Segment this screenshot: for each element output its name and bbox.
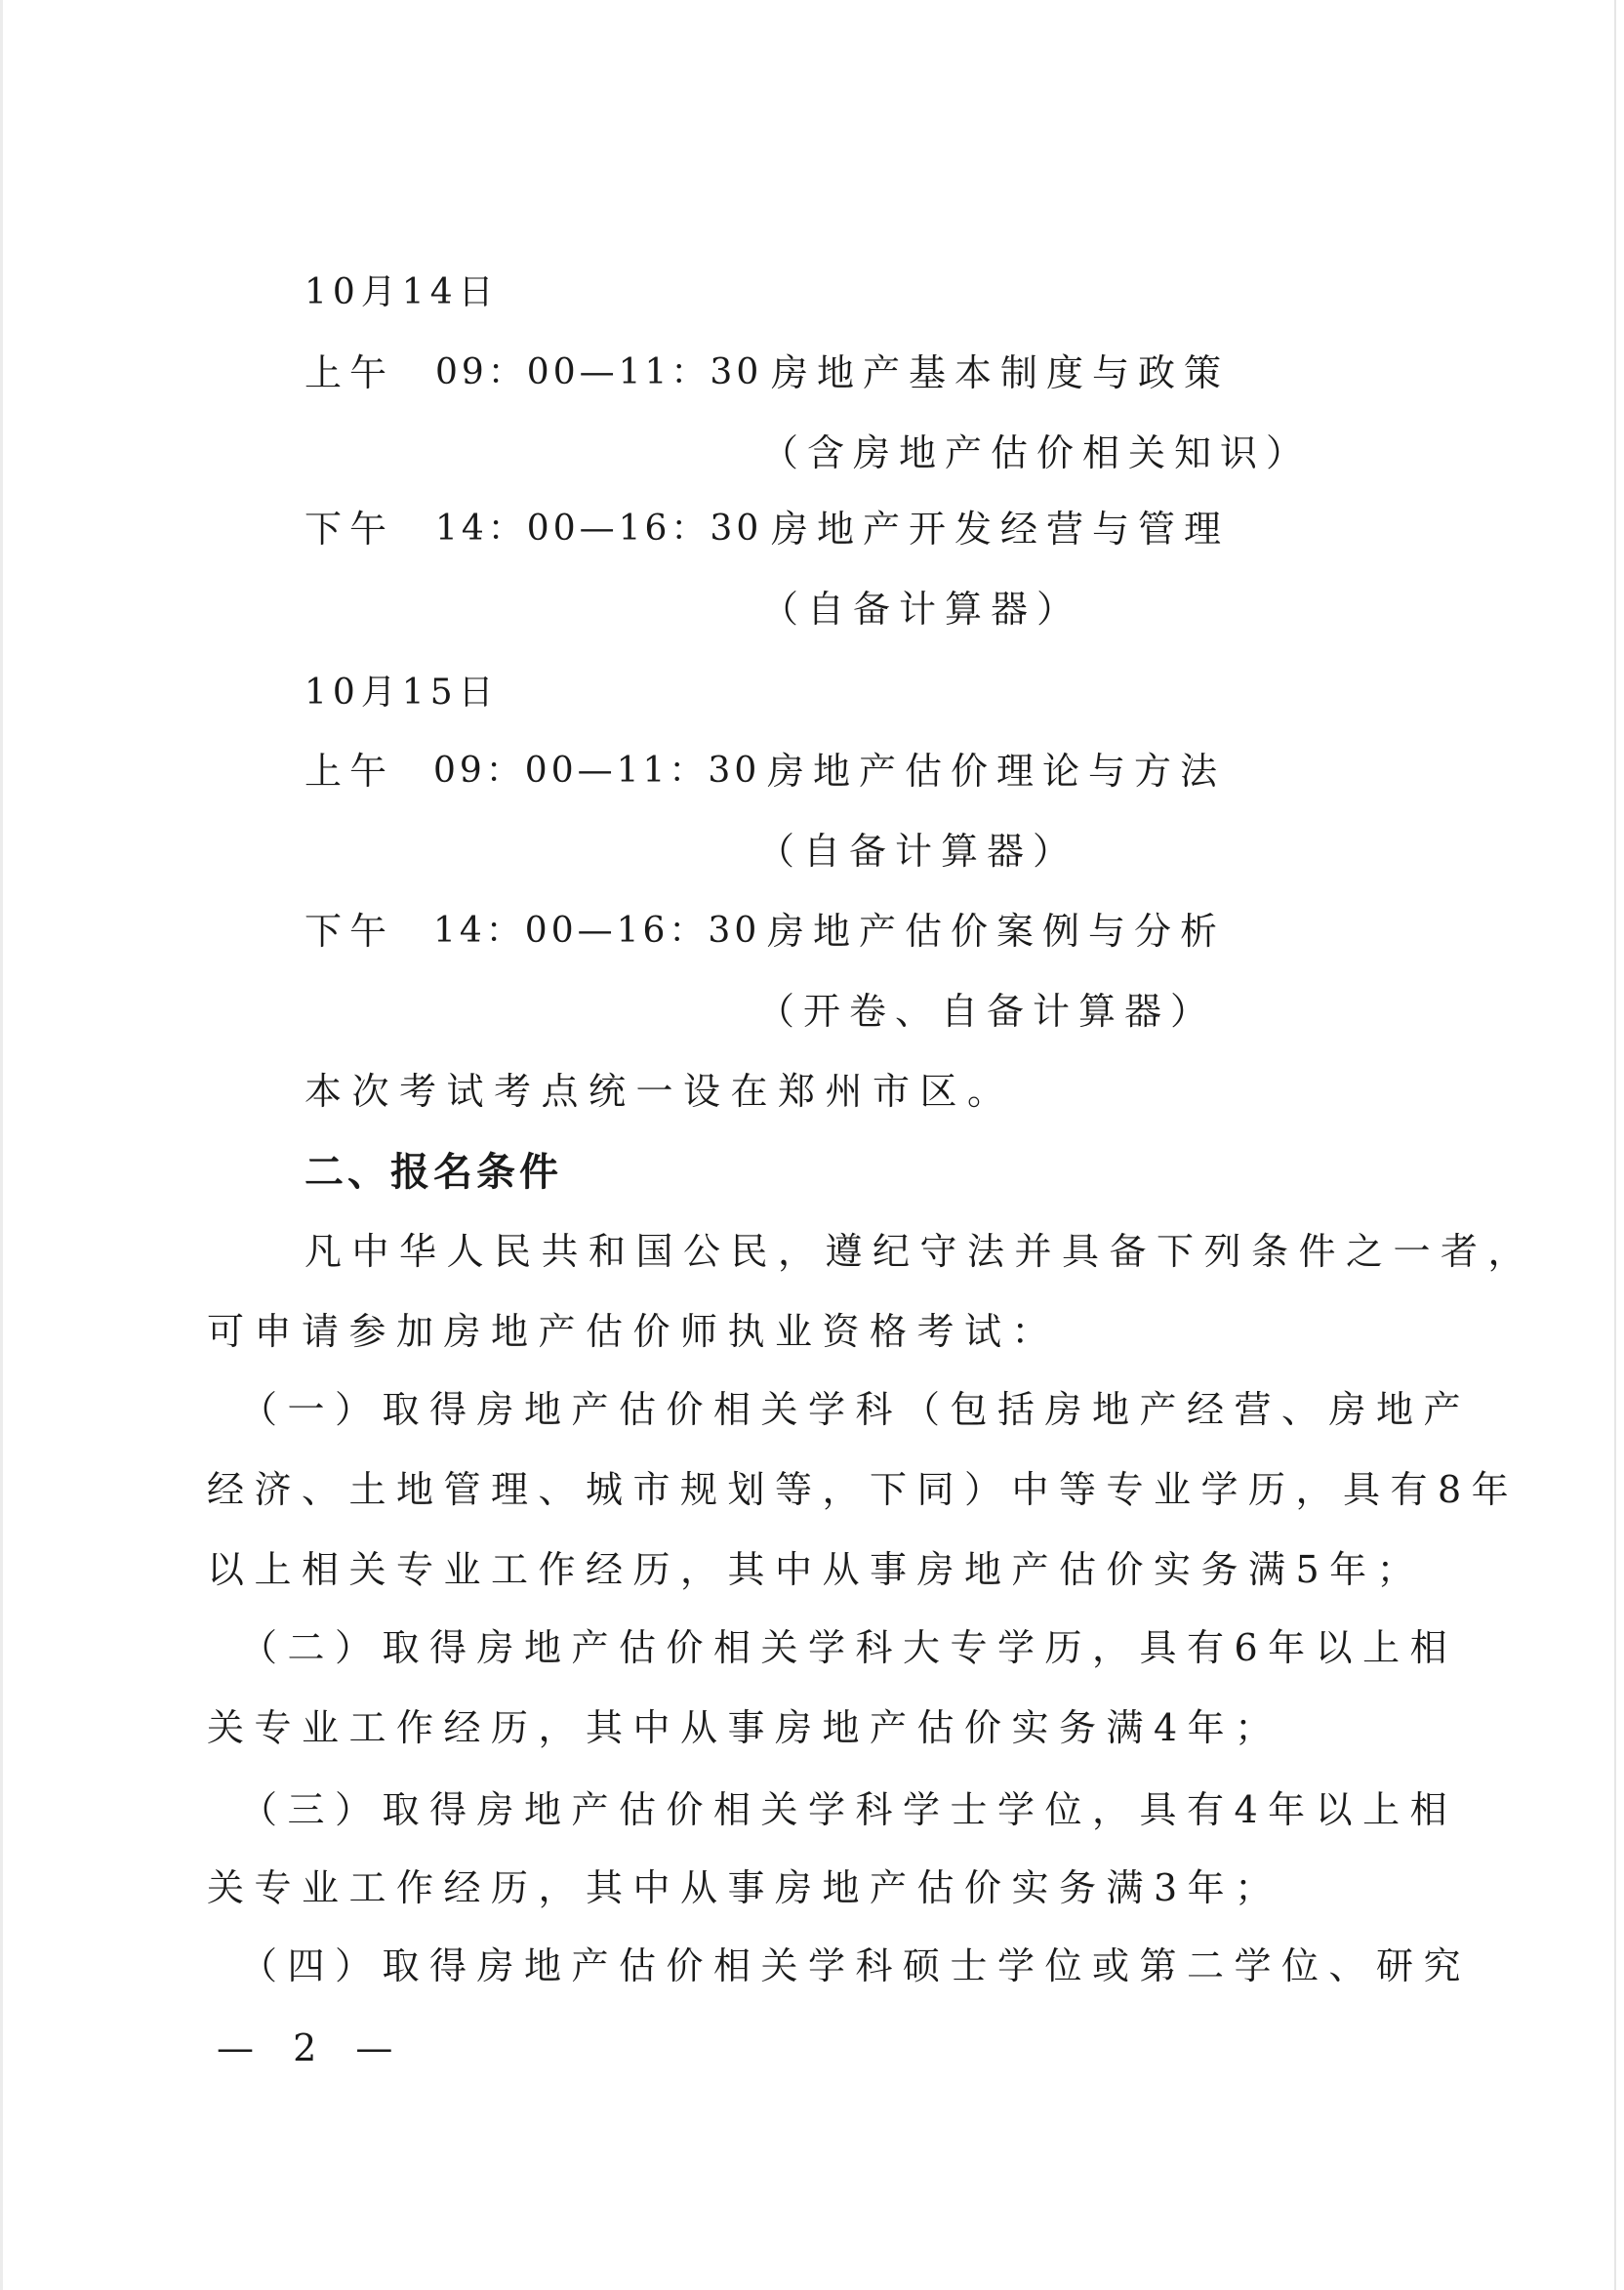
page-number: — 2 — bbox=[217, 2024, 406, 2071]
schedule-date: 10月14日 bbox=[304, 269, 500, 316]
session-subject: 房地产开发经营与管理 bbox=[771, 506, 1230, 552]
session-period: 下午 bbox=[304, 908, 394, 955]
session-subject: 房地产基本制度与政策 bbox=[771, 349, 1230, 396]
session-period: 上午 bbox=[304, 349, 394, 396]
condition-line: 关专业工作经历，其中从事房地产估价实务满4年； bbox=[207, 1704, 1282, 1751]
session-note: （自备计算器） bbox=[761, 586, 1082, 633]
condition-line: （三）取得房地产估价相关学科学士学位，具有4年以上相 bbox=[240, 1786, 1457, 1833]
condition-line: 经济、土地管理、城市规划等，下同）中等专业学历，具有8年 bbox=[207, 1466, 1519, 1513]
intro-line: 凡中华人民共和国公民，遵纪守法并具备下列条件之一者， bbox=[304, 1228, 1535, 1275]
scan-edge-right bbox=[1614, 0, 1616, 2290]
intro-line: 可申请参加房地产估价师执业资格考试： bbox=[207, 1308, 1059, 1355]
condition-line: 以上相关专业工作经历，其中从事房地产估价实务满5年； bbox=[207, 1546, 1424, 1593]
session-time: 09：00—11：30 bbox=[435, 349, 762, 396]
condition-line: （一）取得房地产估价相关学科（包括房地产经营、房地产 bbox=[240, 1386, 1471, 1433]
schedule-date: 10月15日 bbox=[304, 670, 500, 716]
session-time: 14：00—16：30 bbox=[433, 908, 760, 955]
session-period: 上午 bbox=[304, 748, 394, 795]
document-page: 10月14日 上午 09：00—11：30 房地产基本制度与政策 （含房地产估价… bbox=[0, 0, 1624, 2290]
session-subject: 房地产估价案例与分析 bbox=[767, 908, 1226, 955]
session-time: 14：00—16：30 bbox=[435, 506, 762, 552]
session-time: 09：00—11：30 bbox=[433, 748, 760, 795]
session-subject: 房地产估价理论与方法 bbox=[767, 748, 1226, 795]
condition-line: （四）取得房地产估价相关学科硕士学位或第二学位、研究 bbox=[240, 1942, 1471, 1989]
scan-edge-left bbox=[0, 0, 3, 2290]
condition-line: 关专业工作经历，其中从事房地产估价实务满3年； bbox=[207, 1864, 1282, 1911]
section-heading: 二、报名条件 bbox=[304, 1148, 562, 1197]
session-note: （含房地产估价相关知识） bbox=[761, 429, 1312, 476]
session-note: （自备计算器） bbox=[757, 828, 1078, 875]
exam-location-text: 本次考试考点统一设在郑州市区。 bbox=[304, 1068, 1015, 1115]
session-note: （开卷、自备计算器） bbox=[757, 988, 1216, 1035]
condition-line: （二）取得房地产估价相关学科大专学历，具有6年以上相 bbox=[240, 1624, 1457, 1671]
session-period: 下午 bbox=[304, 506, 394, 552]
